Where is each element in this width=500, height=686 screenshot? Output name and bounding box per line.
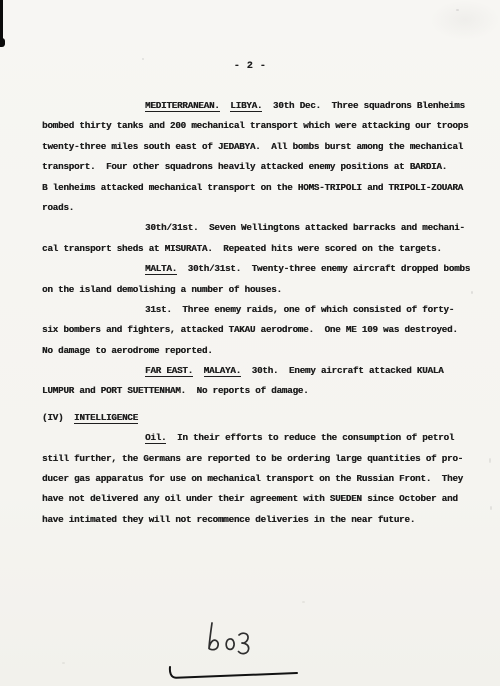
paper-speckle bbox=[142, 58, 144, 60]
underlined-heading: MEDITERRANEAN. bbox=[145, 100, 220, 112]
text-segment: 30th. Enemy aircraft attacked KUALA bbox=[241, 365, 444, 376]
text-segment: B lenheims attacked mechanical transport… bbox=[42, 182, 463, 193]
text-segment: still further, the Germans are reported … bbox=[42, 453, 463, 464]
text-segment bbox=[220, 100, 231, 111]
scan-smudge bbox=[430, 0, 500, 40]
underlined-heading: FAR EAST. bbox=[145, 365, 193, 377]
handwritten-note-b03 bbox=[195, 614, 265, 662]
text-segment: transport. Four other squadrons heavily … bbox=[42, 161, 447, 172]
text-segment: In their efforts to reduce the consumpti… bbox=[166, 432, 454, 443]
document-line: (IV) INTELLIGENCE bbox=[42, 408, 482, 428]
document-line: bombed thirty tanks and 200 mechanical t… bbox=[42, 116, 482, 136]
page-number: - 2 - bbox=[0, 61, 500, 72]
underlined-heading: MALTA. bbox=[145, 263, 177, 275]
document-line: Oil. In their efforts to reduce the cons… bbox=[42, 428, 482, 448]
text-segment: LUMPUR and PORT SUETTENHAM. No reports o… bbox=[42, 385, 308, 396]
text-segment: ducer gas apparatus for use on mechanica… bbox=[42, 473, 463, 484]
text-segment: (IV) bbox=[42, 412, 74, 423]
paper-speckle bbox=[471, 291, 473, 294]
text-segment: twenty-three miles south east of JEDABYA… bbox=[42, 141, 463, 152]
scan-edge-blob bbox=[0, 38, 5, 47]
document-line: MEDITERRANEAN. LIBYA. 30th Dec. Three sq… bbox=[42, 96, 482, 116]
document-line: LUMPUR and PORT SUETTENHAM. No reports o… bbox=[42, 381, 482, 401]
text-segment: have not delivered any oil under their a… bbox=[42, 493, 458, 504]
document-line: six bombers and fighters, attacked TAKAU… bbox=[42, 320, 482, 340]
document-line: No damage to aerodrome reported. bbox=[42, 341, 482, 361]
document-line: 31st. Three enemy raids, one of which co… bbox=[42, 300, 482, 320]
text-segment: 30th/31st. Seven Wellingtons attacked ba… bbox=[145, 222, 465, 233]
text-segment: have intimated they will not recommence … bbox=[42, 514, 415, 525]
document-line: 30th/31st. Seven Wellingtons attacked ba… bbox=[42, 218, 482, 238]
underlined-heading: INTELLIGENCE bbox=[74, 412, 138, 424]
paper-speckle bbox=[456, 9, 459, 11]
paper-speckle bbox=[302, 601, 305, 603]
paper-speckle bbox=[62, 662, 65, 664]
text-segment: on the island demolishing a number of ho… bbox=[42, 284, 282, 295]
text-segment: six bombers and fighters, attacked TAKAU… bbox=[42, 324, 458, 335]
text-segment bbox=[193, 365, 204, 376]
text-segment: 31st. Three enemy raids, one of which co… bbox=[145, 304, 454, 315]
text-segment: No damage to aerodrome reported. bbox=[42, 345, 213, 356]
text-segment: cal transport sheds at MISURATA. Repeate… bbox=[42, 243, 442, 254]
underlined-heading: MALAYA. bbox=[204, 365, 241, 377]
document-line: B lenheims attacked mechanical transport… bbox=[42, 178, 482, 198]
text-segment: roads. bbox=[42, 202, 74, 213]
paper-speckle bbox=[490, 506, 492, 510]
underlined-heading: LIBYA. bbox=[230, 100, 262, 112]
typed-text-block: MEDITERRANEAN. LIBYA. 30th Dec. Three sq… bbox=[42, 96, 482, 530]
paper-speckle bbox=[489, 458, 491, 463]
document-line: have intimated they will not recommence … bbox=[42, 510, 482, 530]
document-line: roads. bbox=[42, 198, 482, 218]
document-line: MALTA. 30th/31st. Twenty-three enemy air… bbox=[42, 259, 482, 279]
handwritten-underline-stroke bbox=[165, 662, 305, 684]
document-line: still further, the Germans are reported … bbox=[42, 449, 482, 469]
underlined-heading: Oil. bbox=[145, 432, 166, 444]
text-segment: bombed thirty tanks and 200 mechanical t… bbox=[42, 120, 468, 131]
document-page: - 2 - MEDITERRANEAN. LIBYA. 30th Dec. Th… bbox=[0, 0, 500, 686]
document-line: FAR EAST. MALAYA. 30th. Enemy aircraft a… bbox=[42, 361, 482, 381]
document-line: twenty-three miles south east of JEDABYA… bbox=[42, 137, 482, 157]
document-line: ducer gas apparatus for use on mechanica… bbox=[42, 469, 482, 489]
text-segment: 30th Dec. Three squadrons Blenheims bbox=[262, 100, 465, 111]
document-line: on the island demolishing a number of ho… bbox=[42, 280, 482, 300]
text-segment: 30th/31st. Twenty-three enemy aircraft d… bbox=[177, 263, 470, 274]
document-line: have not delivered any oil under their a… bbox=[42, 489, 482, 509]
document-line: transport. Four other squadrons heavily … bbox=[42, 157, 482, 177]
document-line: cal transport sheds at MISURATA. Repeate… bbox=[42, 239, 482, 259]
